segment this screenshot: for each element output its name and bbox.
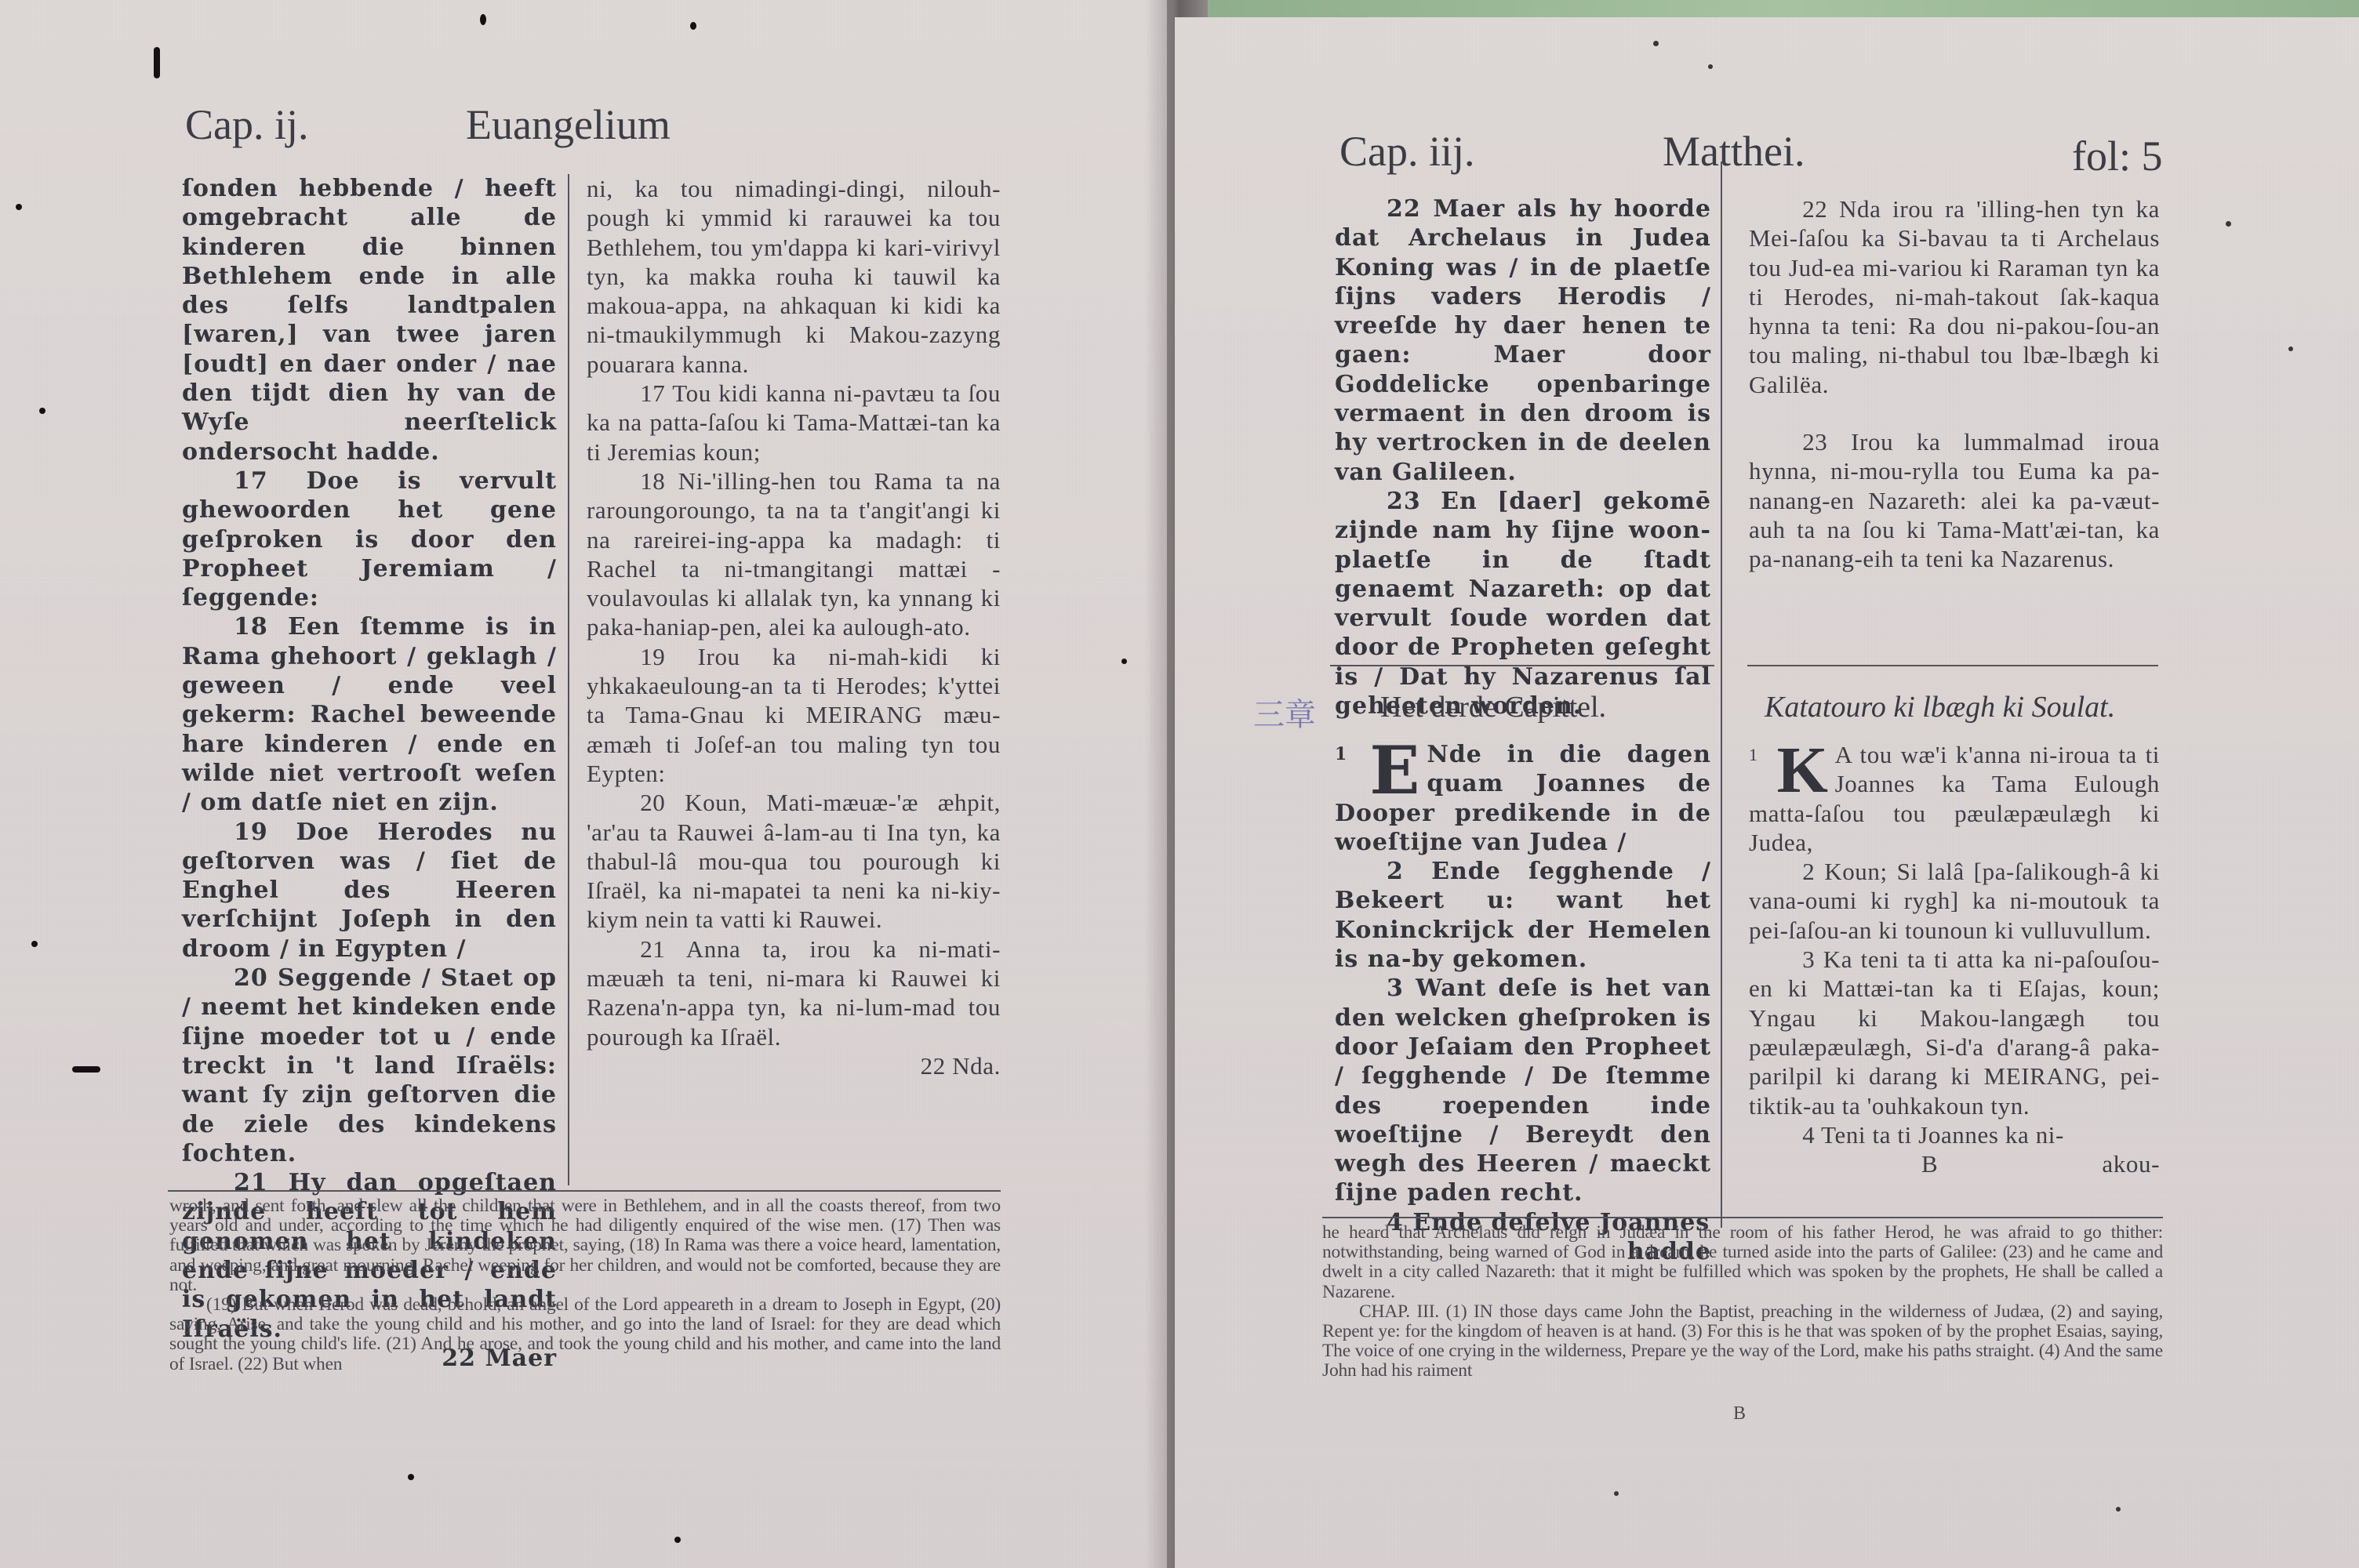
verse-number: 23 [1387, 488, 1421, 515]
verse-text: Een ſtemme is in Rama ghehoort / geklagh… [182, 613, 557, 816]
right-header-folio: fol: 5 [2072, 132, 2163, 180]
verse-paragraph: 18 Ni-'illing-hen tou Rama ta na raroung… [587, 466, 1001, 642]
verse-number: 19 [640, 643, 665, 670]
verse-number: 22 [1802, 195, 1827, 223]
verse-number: 17 [234, 467, 268, 495]
verse-number: 3 [1387, 975, 1404, 1002]
verse-paragraph: 17 Doe is vervult ghewoorden het gene ge… [182, 466, 557, 612]
left-header-chapter: Cap. ij. [185, 100, 309, 149]
right-header-title: Matthei. [1663, 127, 1805, 176]
right-formosan-column: 22 Nda irou ra 'illing-hen tyn ka Mei-ſa… [1749, 194, 2160, 574]
margin-pencil-annotation: 三章 [1253, 690, 1316, 735]
verse-number: 4 [1802, 1121, 1815, 1149]
footnote-signature: B [1733, 1403, 1746, 1425]
footnote-paragraph: wroth, and sent forth, and slew all the … [169, 1196, 1001, 1295]
ink-speck [16, 204, 22, 210]
background-cloth [1208, 0, 2359, 19]
verse-paragraph: 3 Ka teni ta ti atta ka ni-paſouſou-en k… [1749, 945, 2160, 1120]
verse-text: Want deſe is het van den welcken gheſpro… [1335, 975, 1711, 1207]
ink-speck [674, 1537, 681, 1543]
ink-speck [1653, 41, 1659, 46]
verse-text: Maer als hy hoorde dat Archelaus in Jude… [1335, 195, 1711, 486]
verse-paragraph: ni, ka tou nimadingi-dingi, nilouh-pough… [587, 174, 1001, 379]
verse-text: ſonden hebbende / heeft omgebracht alle … [182, 175, 557, 466]
verse-paragraph: 17 Tou kidi kanna ni-pavtæu ta ſou ka na… [587, 379, 1001, 466]
verse-number: 22 [1387, 195, 1421, 223]
ink-speck [2226, 221, 2231, 227]
right-header-chapter: Cap. iij. [1339, 127, 1475, 176]
formosan-chapter-title: Katatouro ki lbægh ki Soulat. [1765, 690, 2115, 724]
ink-speck [2116, 1507, 2121, 1512]
verse-number: 1 [1335, 740, 1347, 769]
verse-number: 20 [640, 789, 665, 816]
section-rule [1747, 665, 2158, 666]
right-formosan-chapter3: 1KA tou wæ'i k'anna ni-iroua ta ti Joann… [1749, 740, 2160, 1178]
verse-text: ni, ka tou nimadingi-dingi, nilouh-pough… [587, 175, 1001, 378]
ink-speck [72, 1066, 100, 1073]
drop-cap: E [1369, 743, 1420, 798]
verse-number: 21 [234, 1169, 268, 1196]
verse-number: 19 [234, 818, 268, 846]
ink-speck [480, 14, 486, 25]
verse-number: 2 [1387, 858, 1404, 885]
left-page: Cap. ij. Euangelium ſonden hebbende / he… [0, 0, 1167, 1568]
verse-paragraph: 21 Anna ta, irou ka ni-mati-mæuæh ta ten… [587, 935, 1001, 1051]
verse-paragraph: 22 Maer als hy hoorde dat Archelaus in J… [1335, 194, 1711, 487]
right-dutch-column: 22 Maer als hy hoorde dat Archelaus in J… [1335, 194, 1711, 720]
verse-paragraph: 19 Doe Herodes nu geſtorven was / ſiet d… [182, 818, 557, 964]
verse-text: En [daer] gekomē zijnde nam hy ſijne woo… [1335, 488, 1711, 720]
verse-paragraph: 3 Want deſe is het van den welcken gheſp… [1335, 974, 1711, 1207]
footnote-paragraph: he heard that Archelaus did reign in Jud… [1322, 1223, 2163, 1302]
verse-text: Nda irou ra 'illing-hen tyn ka Mei-ſaſou… [1749, 195, 2160, 398]
ink-speck [408, 1474, 414, 1480]
verse-paragraph: 23 Irou ka lummalmad iroua hynna, ni-mou… [1749, 427, 2160, 573]
verse-number: 3 [1802, 946, 1815, 973]
footnote-rule [1322, 1217, 2163, 1218]
verse-paragraph: 20 Seggende / Staet op / neemt het kinde… [182, 964, 557, 1168]
verse-number: 20 [234, 964, 268, 992]
right-page: Cap. iij. Matthei. fol: 5 22 Maer als hy… [1175, 17, 2359, 1568]
drop-cap: K [1777, 743, 1829, 798]
left-header-title: Euangelium [466, 100, 671, 149]
column-divider [568, 174, 569, 1185]
catchword: 22 Nda. [587, 1051, 1001, 1080]
catchword: akou- [2102, 1149, 2160, 1178]
signature-line: B akou- [1749, 1149, 2160, 1178]
verse-number: 2 [1802, 858, 1815, 885]
column-divider [1721, 162, 1722, 1228]
ink-speck [154, 47, 160, 78]
right-english-footnote: he heard that Archelaus did reign in Jud… [1322, 1223, 2163, 1381]
verse-paragraph: 20 Koun, Mati-mæuæ-'æ æhpit, 'ar'au ta R… [587, 788, 1001, 934]
left-english-footnote: wroth, and sent forth, and slew all the … [169, 1196, 1001, 1374]
footnote-paragraph: (19) But when Herod was dead, behold, an… [169, 1295, 1001, 1374]
ink-speck [2288, 347, 2293, 351]
verse-paragraph: 1KA tou wæ'i k'anna ni-iroua ta ti Joann… [1749, 740, 2160, 857]
verse-paragraph: 2 Koun; Si lalâ [pa-ſalikough-â ki vana-… [1749, 857, 2160, 945]
verse-paragraph: ſonden hebbende / heeft omgebracht alle … [182, 174, 557, 466]
ink-speck [690, 22, 696, 30]
verse-paragraph: 19 Irou ka ni-mah-kidi ki yhkakaeuloung-… [587, 642, 1001, 788]
left-formosan-column: ni, ka tou nimadingi-dingi, nilouh-pough… [587, 174, 1001, 1080]
verse-paragraph: 22 Nda irou ra 'illing-hen tyn ka Mei-ſa… [1749, 194, 2160, 399]
footnote-paragraph: CHAP. III. (1) IN those days came John t… [1322, 1302, 2163, 1381]
footnote-rule [168, 1190, 1001, 1192]
verse-text: Teni ta ti Joannes ka ni- [1821, 1121, 2064, 1149]
ink-speck [31, 941, 38, 947]
verse-text: Seggende / Staet op / neemt het kindeken… [182, 964, 557, 1167]
verse-number: 23 [1802, 428, 1827, 456]
verse-paragraph: 2 Ende ſegghende / Bekeert u: want het K… [1335, 857, 1711, 974]
verse-paragraph: 23 En [daer] gekomē zijnde nam hy ſijne … [1335, 487, 1711, 720]
ink-speck [1708, 64, 1713, 69]
verse-paragraph: 1ENde in die dagen quam Joannes de Doope… [1335, 740, 1711, 857]
ink-speck [1121, 659, 1127, 664]
dutch-chapter-title: Het derde Capittel. [1380, 690, 1606, 724]
verse-number: 18 [234, 613, 268, 641]
ink-speck [1614, 1491, 1619, 1496]
verse-paragraph: 4 Teni ta ti Joannes ka ni- [1749, 1120, 2160, 1149]
section-rule [1330, 665, 1714, 666]
left-dutch-column: ſonden hebbende / heeft omgebracht alle … [182, 174, 557, 1373]
verse-paragraph: 18 Een ſtemme is in Rama ghehoort / gekl… [182, 612, 557, 817]
verse-number: 21 [640, 935, 665, 963]
verse-number: 18 [640, 467, 665, 495]
ink-speck [39, 408, 45, 414]
verse-number: 1 [1749, 740, 1758, 769]
signature-mark: B [1921, 1149, 1938, 1178]
verse-number: 17 [640, 379, 665, 407]
right-dutch-chapter3: 1ENde in die dagen quam Joannes de Doope… [1335, 740, 1711, 1266]
